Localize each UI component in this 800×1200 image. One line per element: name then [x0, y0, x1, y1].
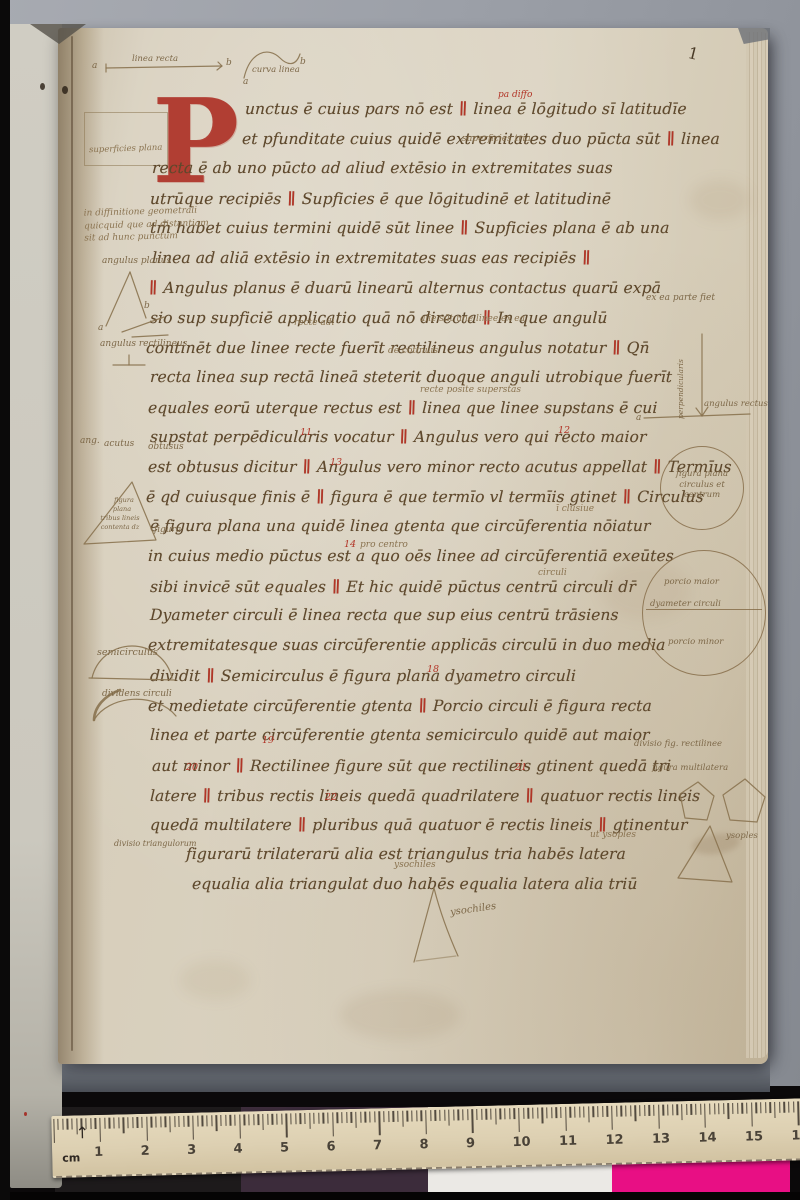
ruler-tick: [420, 1110, 422, 1121]
ruler-tick: [458, 1109, 460, 1120]
triangle-inscription: figura: [113, 496, 134, 504]
perpendicular-symbol-diagram: [110, 352, 148, 368]
ruler-tick: [304, 1113, 306, 1124]
ruler-tick: [286, 1113, 288, 1137]
ruler-tick: [379, 1111, 381, 1135]
right-angle-point-a: a: [636, 413, 641, 423]
ruler-tick: [723, 1103, 725, 1114]
ruler-tick: [295, 1113, 297, 1124]
ruler-tick: [276, 1114, 278, 1125]
ruler-tick: [67, 1119, 69, 1130]
red-speck: [24, 1112, 27, 1116]
portion-major-label: porcio maior: [664, 578, 719, 587]
ruler-tick: [165, 1116, 167, 1127]
diameter-circle-diagram: [642, 550, 766, 676]
scalene-triangle-diagram: [668, 818, 738, 888]
margin-annotation-box: superficies plana: [84, 112, 168, 166]
ruler-tick: [704, 1104, 706, 1128]
manuscript-text-line: linea et parte circūferentie gtenta semi…: [150, 728, 650, 744]
ruler-tick: [700, 1104, 702, 1115]
ruler-tick: [472, 1109, 474, 1133]
ruler-tick: [444, 1110, 446, 1121]
ruler-tick: [588, 1106, 590, 1122]
ruler-tick: [374, 1111, 376, 1122]
ruler-tick: [528, 1108, 530, 1119]
circle-inscription: circulus et: [661, 480, 743, 491]
ruler-tick: [714, 1103, 716, 1114]
interlinear-gloss: recte adi: [294, 319, 334, 329]
red-paragraph-mark: ∥: [458, 99, 469, 118]
ruler-tick: [262, 1114, 264, 1130]
red-paragraph-mark: ∥: [202, 786, 213, 805]
ruler-tick: [560, 1107, 562, 1118]
ruler-tick: [141, 1117, 143, 1128]
manuscript-text-line: latere ∥ tribus rectis lineis quedā quad…: [150, 788, 701, 805]
ruler-tick: [62, 1119, 64, 1130]
ruler-tick: [467, 1109, 469, 1120]
ruler-tick: [649, 1105, 651, 1116]
ruler-tick: [481, 1109, 483, 1120]
semicircle-label: semicirculus: [97, 648, 158, 658]
ruler-tick: [495, 1109, 497, 1125]
manuscript-text-line: utrūque recipiēs ∥ Supficies ē que lōgit…: [150, 191, 612, 208]
ruler-tick: [593, 1106, 595, 1117]
curved-line-diagram: [238, 44, 308, 82]
manuscript-text-line: sio sup supficiē applicatio quā nō direc…: [150, 310, 608, 327]
ruler-tick: [490, 1109, 492, 1120]
ruler-tick: [123, 1117, 125, 1133]
circle-inscription: figura plana: [661, 469, 743, 480]
definition-number: 20: [186, 763, 198, 773]
ruler-tick: [113, 1118, 115, 1129]
ruler-tick: [225, 1115, 227, 1126]
right-angle-diagram: a: [634, 328, 760, 426]
ruler-tick: [765, 1102, 767, 1113]
red-paragraph-mark: ∥: [315, 487, 326, 506]
interlinear-gloss: alie sūt une linee ex ea: [420, 315, 525, 325]
manuscript-text-line: est obtusus dicitur ∥ Angulus vero minor…: [148, 459, 732, 476]
ruler-tick: [178, 1116, 180, 1127]
manuscript-text-line: aut minor ∥ Rectilinee figure sūt que re…: [152, 758, 672, 775]
manuscript-text-line: equales eorū uterque rectus est ∥ linea …: [148, 400, 658, 417]
red-paragraph-mark: ∥: [417, 696, 428, 715]
ruler-tick: [393, 1111, 395, 1122]
ruler-tick: [532, 1108, 534, 1119]
ruler-tick: [537, 1108, 539, 1119]
ruler-number: 2: [140, 1144, 149, 1159]
ruler-tick: [430, 1110, 432, 1121]
ruler-tick: [248, 1114, 250, 1125]
ruler-tick: [71, 1119, 73, 1130]
ruler-tick: [337, 1112, 339, 1123]
ruler-tick: [742, 1103, 744, 1114]
red-paragraph-mark: ∥: [665, 129, 676, 148]
ruler-tick: [639, 1105, 641, 1116]
interlinear-gloss: superficies tria: [462, 135, 531, 145]
ruler-tick: [281, 1114, 283, 1125]
oblique-lines-diagram: [118, 314, 170, 340]
manuscript-text-line: tm̄ habet cuius termini quidē sūt linee …: [150, 220, 670, 237]
ruler-tick: [146, 1117, 148, 1141]
parchment-stain: [690, 180, 750, 220]
ruler-tick: [365, 1112, 367, 1123]
red-paragraph-mark: ∥: [621, 487, 632, 506]
ruler-tick: [290, 1113, 292, 1124]
ruler-tick: [486, 1109, 488, 1120]
overflow-gloss: ex ea parte fiet: [646, 294, 715, 304]
manuscript-text-line: recta ē ab uno pūcto ad aliud extēsio in…: [152, 161, 613, 177]
ruler-tick: [695, 1104, 697, 1115]
ruler-tick: [411, 1110, 413, 1121]
straight-line-label: linea recta: [132, 55, 178, 64]
ruler-tick: [756, 1102, 758, 1113]
ruler-number: 9: [466, 1136, 475, 1151]
ruler-tick: [583, 1106, 585, 1117]
interlinear-gloss: pa diffo: [498, 91, 532, 101]
ruler-tick: [318, 1113, 320, 1124]
triangle-inscription: tribus lineis: [100, 514, 140, 522]
ruler-tick: [574, 1107, 576, 1118]
manuscript-text-line: extremitatesque suas circūferentie appli…: [148, 638, 666, 654]
ruler-number: 14: [698, 1130, 716, 1145]
ruler-number: 7: [373, 1138, 382, 1153]
ruler-number: 12: [605, 1133, 623, 1148]
left-margin-note: in diffinitione geometrali quicquid que …: [84, 204, 210, 245]
ruler-tick: [448, 1110, 450, 1126]
right-angle-label: angulus rectus: [704, 400, 768, 409]
ruler-tick: [351, 1112, 353, 1123]
red-paragraph-mark: ∥: [297, 815, 308, 834]
figura-label: figura: [154, 526, 181, 536]
manuscript-text-line: sibi invicē sūt equales ∥ Et hic quidē p…: [150, 579, 636, 596]
ruler-tick: [718, 1103, 720, 1114]
acute-angle-label: acutus: [104, 440, 134, 450]
perpendicular-label: perpendicularis: [677, 337, 685, 419]
parchment-stain: [180, 960, 250, 1000]
ruler-tick: [360, 1112, 362, 1123]
ruler-tick: [737, 1103, 739, 1114]
ruler-tick: [57, 1119, 59, 1130]
red-paragraph-mark: ∥: [406, 398, 417, 417]
ruler-tick: [402, 1111, 404, 1127]
rectilinear-angle-label: angulus rectilineus: [100, 340, 187, 350]
ruler-tick: [434, 1110, 436, 1121]
ruler-tick: [635, 1105, 637, 1121]
rectilinear-division-label: divisio fig. rectilinee: [634, 740, 722, 749]
ruler-tick: [155, 1117, 157, 1128]
ruler-tick: [658, 1105, 660, 1129]
ruler-number: 3: [187, 1143, 196, 1158]
definition-number: 12: [558, 426, 570, 436]
ruler-tick: [630, 1105, 632, 1116]
curved-line-label: curva linea: [252, 66, 300, 75]
ruler-tick: [602, 1106, 604, 1117]
red-paragraph-mark: ∥: [234, 756, 245, 775]
ruler-tick: [299, 1113, 301, 1124]
ruler-tick: [770, 1102, 772, 1113]
ruler-tick: [239, 1115, 241, 1139]
ruler-tick: [234, 1115, 236, 1126]
ruler-tick: [323, 1113, 325, 1124]
ruler-number: 13: [652, 1131, 670, 1146]
ruler-tick: [667, 1104, 669, 1115]
ruler-tick: [132, 1117, 134, 1128]
triangle-division-label: divisio triangulorum: [114, 840, 197, 849]
ruler-number: 16: [791, 1128, 800, 1143]
ruler-tick: [202, 1115, 204, 1126]
ruler-tick: [616, 1106, 618, 1117]
manuscript-text-line: linea ad aliā extēsio in extremitates su…: [152, 250, 592, 267]
line-endpoint-a: a: [92, 62, 97, 71]
ruler-tick: [137, 1117, 139, 1128]
ruler-number: 10: [512, 1135, 530, 1150]
ruler-tick: [746, 1103, 748, 1114]
ruler-tick: [625, 1105, 627, 1116]
red-paragraph-mark: ∥: [331, 577, 342, 596]
interlinear-gloss: circuli: [538, 569, 567, 579]
ruler-tick: [555, 1107, 557, 1118]
manuscript-text-line: ē figura plana una quidē linea gtenta qu…: [150, 519, 651, 535]
ruler-tick: [258, 1114, 260, 1125]
ruler-tick: [90, 1118, 92, 1129]
ruler-tick: [211, 1115, 213, 1126]
figura-triangle-diagram: figura plana tribus lineis contenta dz: [76, 474, 164, 550]
margin-box-label: superficies plana: [89, 144, 163, 155]
ruler-number: 5: [280, 1140, 289, 1155]
ruler-number: 1: [94, 1145, 103, 1160]
ruler-tick: [174, 1116, 176, 1127]
ruler-tick: [388, 1111, 390, 1122]
manuscript-text-line: recta linea sup rectā lineā steterit duo…: [150, 370, 673, 386]
ruler-unit-label: cm: [62, 1151, 80, 1164]
ruler-tick: [341, 1112, 343, 1123]
ruler-tick: [127, 1117, 129, 1128]
curve-endpoint-b: b: [300, 58, 306, 67]
ruler-tick: [500, 1108, 502, 1119]
ruler-tick: [453, 1110, 455, 1121]
ruler-tick: [565, 1107, 567, 1131]
circle-inscription: centrum: [661, 490, 743, 501]
ink-speck: [40, 83, 45, 90]
ruler-tick: [188, 1116, 190, 1127]
arc-label: dividens circuli: [102, 690, 172, 700]
ruler-tick: [514, 1108, 516, 1119]
ruler-tick: [774, 1102, 776, 1118]
ruler-tick: [197, 1116, 199, 1127]
ruler-tick: [309, 1113, 311, 1129]
ruler-tick: [439, 1110, 441, 1121]
red-paragraph-mark: ∥: [398, 427, 409, 446]
ruler-tick: [216, 1115, 218, 1131]
ruler-tick: [681, 1104, 683, 1120]
ruler-tick: [327, 1112, 329, 1123]
ruler-number: 8: [419, 1137, 428, 1152]
red-paragraph-mark: ∥: [524, 786, 535, 805]
ink-speck: [62, 86, 68, 94]
definition-number: 19: [262, 736, 274, 746]
ruler-tick: [109, 1118, 111, 1129]
ruler-tick: [169, 1116, 171, 1132]
ruler-tick: [569, 1107, 571, 1118]
ruler-tick: [611, 1106, 613, 1130]
definition-number: 22: [325, 793, 337, 803]
ruler-tick: [541, 1107, 543, 1123]
ruler-tick: [192, 1116, 194, 1140]
circle-portion-diagram: [86, 678, 182, 724]
ruler-number: 11: [559, 1134, 577, 1149]
photographed-manuscript-scene: linea recta a b curva linea a b 1 P supe…: [0, 0, 800, 1200]
angle-point-b: b: [144, 301, 150, 311]
ruler-tick: [793, 1102, 795, 1113]
definition-number: 21: [515, 763, 527, 773]
interlinear-gloss: ī clusiue: [556, 505, 594, 515]
ruler-tick: [676, 1104, 678, 1115]
obtuse-angle-label: obtusus: [148, 443, 184, 453]
red-paragraph-mark: ∥: [611, 338, 622, 357]
ruler-tick: [346, 1112, 348, 1123]
ruler-tick: [728, 1103, 730, 1119]
interlinear-gloss: pro centro: [360, 541, 408, 551]
ruler-tick: [104, 1118, 106, 1129]
ruler-tick: [95, 1118, 97, 1129]
ruler-tick: [732, 1103, 734, 1114]
ruler-tick: [504, 1108, 506, 1119]
ruler-tick: [751, 1102, 753, 1126]
ruler-tick: [267, 1114, 269, 1125]
ruler-tick: [644, 1105, 646, 1116]
ruler-tick: [690, 1104, 692, 1115]
ruler-tick: [355, 1112, 357, 1128]
interlinear-gloss: ysochiles: [394, 861, 436, 871]
ruler-tick: [476, 1109, 478, 1120]
definition-number: 14: [344, 540, 356, 550]
ruler-tick: [230, 1115, 232, 1126]
manuscript-text-line: et medietate circūferentie gtenta ∥ Porc…: [148, 698, 652, 715]
manuscript-text-line: ∥ Angulus planus ē duarū linearū alternu…: [148, 280, 662, 297]
ruler-tick: [183, 1116, 185, 1127]
isosceles-triangle-diagram: [404, 882, 472, 968]
manuscript-text-line: in cuius medio pūctus est a quo oēs line…: [148, 549, 674, 565]
portion-minor-label: porcio minor: [668, 638, 723, 647]
circle-definition-diagram: figura plana circulus et centrum: [660, 446, 744, 530]
red-paragraph-mark: ∥: [286, 189, 297, 208]
red-paragraph-mark: ∥: [459, 218, 470, 237]
ruler-number: 15: [745, 1129, 763, 1144]
page-edge-stack: [746, 32, 768, 1058]
ruler-tick: [579, 1107, 581, 1118]
ruler-tick: [523, 1108, 525, 1119]
red-paragraph-mark: ∥: [301, 457, 312, 476]
ruler-tick: [160, 1116, 162, 1127]
ruler-tick: [244, 1114, 246, 1125]
up-arrow-icon: ↑: [75, 1123, 89, 1142]
interlinear-gloss: recte posite superstās: [420, 386, 521, 396]
ruler-tick: [369, 1111, 371, 1122]
ruler-tick: [462, 1109, 464, 1120]
ruler-tick: [220, 1115, 222, 1126]
diameter-label: dyameter circuli: [650, 600, 721, 609]
ruler-tick: [151, 1117, 153, 1128]
ruler-tick: [546, 1107, 548, 1118]
ruler-tick: [383, 1111, 385, 1122]
ruler-tick: [118, 1117, 120, 1128]
frame-left-edge: [0, 0, 10, 1200]
red-paragraph-mark: ∥: [581, 248, 592, 267]
ruler-tick: [206, 1115, 208, 1126]
facing-flyleaf-page-edge: [10, 24, 62, 1188]
manuscript-text-line: unctus ē cuius pars nō est ∥ linea ē lōg…: [245, 101, 687, 118]
interlinear-gloss: de cōtinuis: [388, 347, 438, 357]
ruler-tick: [518, 1108, 520, 1132]
ruler-tick: [783, 1102, 785, 1113]
ruler-tick: [760, 1102, 762, 1113]
ruler-number: 4: [233, 1142, 242, 1157]
ruler-tick: [779, 1102, 781, 1113]
ruler-tick: [672, 1104, 674, 1115]
ruler-tick: [662, 1105, 664, 1116]
manuscript-text-line: ē qd cuiusque finis ē ∥ figura ē que ter…: [146, 489, 704, 506]
definition-number: 11: [300, 428, 312, 438]
ruler-tick: [621, 1106, 623, 1117]
ruler-tick: [551, 1107, 553, 1118]
triangle-inscription: plana: [113, 505, 131, 513]
parchment-stain: [340, 990, 460, 1040]
ruler-tick: [99, 1118, 101, 1142]
line-endpoint-b: b: [226, 59, 232, 68]
red-paragraph-mark: ∥: [205, 666, 216, 685]
ruler-tick: [53, 1119, 55, 1143]
ruler-tick: [313, 1113, 315, 1124]
frame-bottom-edge: [0, 1192, 800, 1200]
ruler-tick: [797, 1101, 799, 1125]
ruler-tick: [332, 1112, 334, 1136]
definition-number: 18: [427, 665, 439, 675]
ruler-tick: [397, 1111, 399, 1122]
definition-number: 13: [330, 458, 342, 468]
ruler-tick: [607, 1106, 609, 1117]
triangle-inscription: contenta dz: [101, 523, 140, 531]
ruler-tick: [416, 1110, 418, 1121]
ruler-tick: [597, 1106, 599, 1117]
angle-abbrev-label: ang.: [80, 437, 100, 447]
ruler-tick: [425, 1110, 427, 1134]
ruler-tick: [509, 1108, 511, 1119]
multilateral-label: figura multilatera: [652, 764, 728, 773]
manuscript-text-line: dividit ∥ Semicirculus ē figura plana dy…: [150, 668, 577, 685]
manuscript-text-line: Dyameter circuli ē linea recta que sup e…: [150, 608, 619, 624]
curve-endpoint-a: a: [243, 78, 248, 87]
ruler-tick: [253, 1114, 255, 1125]
ruler-tick: [709, 1103, 711, 1114]
ruler-number: 6: [326, 1139, 335, 1154]
interlinear-gloss: ut ysoples: [590, 831, 636, 841]
angle-point-a: a: [98, 323, 103, 333]
ruler-tick: [686, 1104, 688, 1115]
ruler-tick: [788, 1102, 790, 1113]
ruler-tick: [653, 1105, 655, 1116]
ruler-tick: [272, 1114, 274, 1125]
manuscript-text-line: supstat perpēdicularis vocatur ∥ Angulus…: [150, 429, 647, 446]
ruler-tick: [407, 1111, 409, 1122]
